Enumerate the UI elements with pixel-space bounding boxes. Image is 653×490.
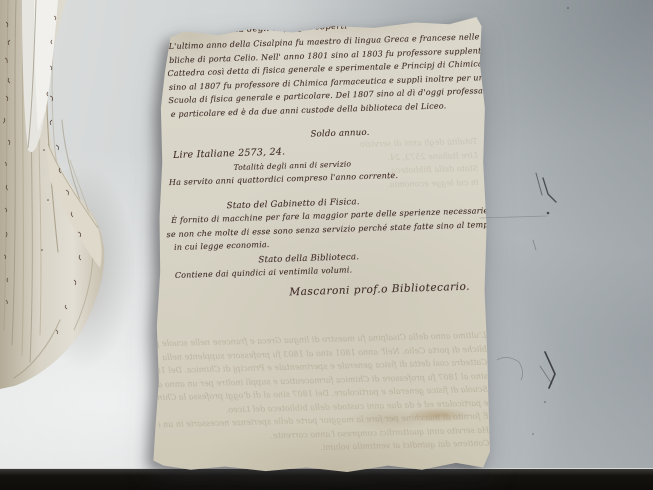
gabinetto-heading: Stato del Gabinetto di Fisica. <box>227 197 360 211</box>
soldo-value: Lire Italiane 2573, 24. <box>173 146 285 161</box>
manuscript-sheet: Totalità degli anni di servizio Lire Ita… <box>150 17 490 472</box>
gabinetto-line: in cui legge economia. <box>174 240 270 252</box>
biblioteca-line: Contiene dai quindici ai ventimila volum… <box>175 265 353 280</box>
signature-line: Mascaroni prof.o Bibliotecario. <box>289 281 470 299</box>
manuscript-title: Tabella degli impieghi coperti <box>211 21 347 35</box>
manuscript-text: Tabella degli impieghi coperti L'ultimo … <box>149 7 503 472</box>
servizio-heading: Totalità degli anni di servizio <box>233 159 351 172</box>
soldo-heading: Soldo annuo. <box>310 128 369 140</box>
servizio-line: Ha servito anni quattordici compreso l'a… <box>169 171 398 187</box>
paper-stack <box>0 0 122 396</box>
photo-of-manuscript-on-table: Totalità degli anni di servizio Lire Ita… <box>0 0 653 490</box>
biblioteca-heading: Stato della Biblioteca. <box>258 252 359 265</box>
manuscript-paper: Totalità degli anni di servizio Lire Ita… <box>150 17 490 472</box>
